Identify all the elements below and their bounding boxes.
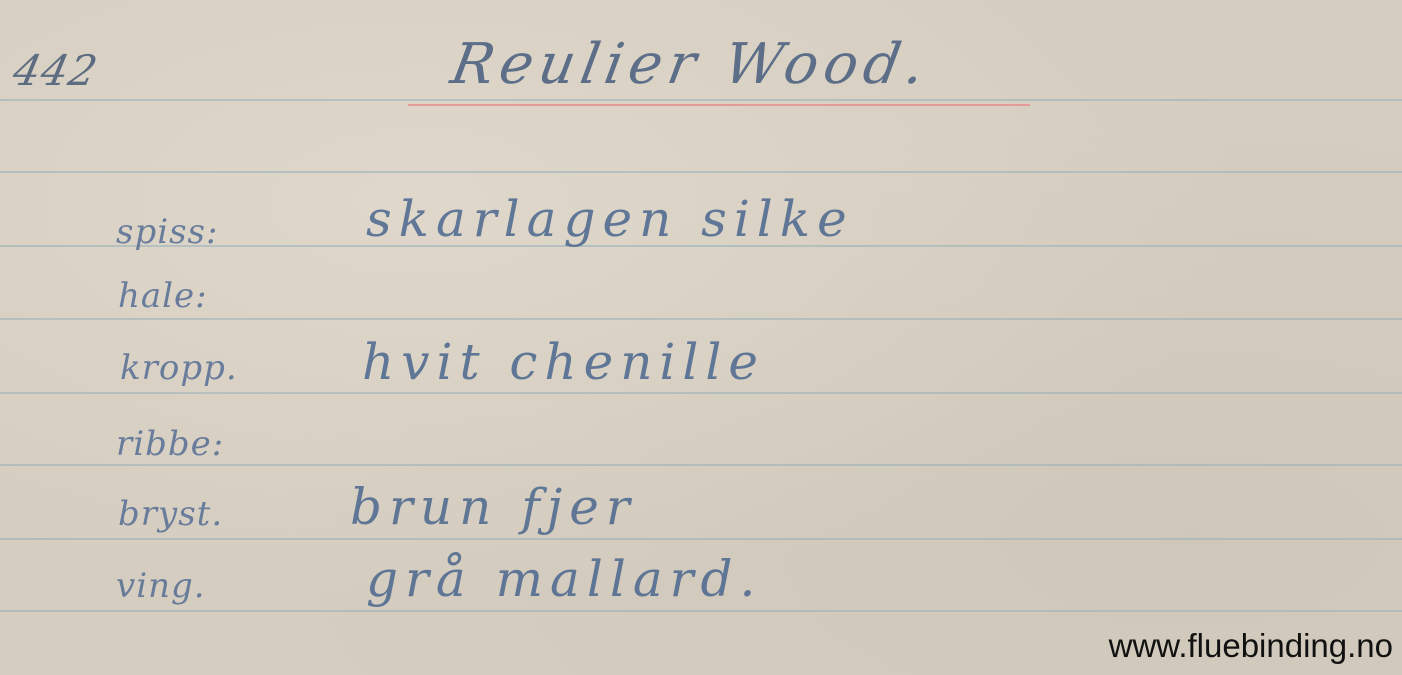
ruled-line [0, 538, 1402, 540]
watermark-url: www.fluebinding.no [1109, 627, 1393, 665]
title-underline [408, 104, 1030, 106]
ruled-line [0, 99, 1402, 101]
pattern-title: Reulier Wood. [446, 32, 935, 97]
ruled-line [0, 171, 1402, 173]
recipe-value-wing: grå mallard. [366, 550, 762, 608]
page-number: 442 [9, 46, 103, 95]
recipe-label-rib: ribbe: [116, 424, 224, 464]
ruled-line [0, 318, 1402, 320]
ruled-line [0, 392, 1402, 394]
notebook-page: 442 Reulier Wood. spiss: skarlagen silke… [0, 0, 1402, 675]
ruled-line [0, 610, 1402, 612]
recipe-label-body: kropp. [120, 348, 238, 388]
recipe-value-tag: skarlagen silke [366, 190, 854, 248]
recipe-label-tail: hale: [118, 276, 208, 316]
recipe-label-tag: spiss: [116, 212, 218, 252]
ruled-line [0, 464, 1402, 466]
recipe-label-hackle: bryst. [118, 494, 223, 534]
recipe-value-hackle: brun fjer [350, 478, 637, 536]
recipe-label-wing: ving. [116, 566, 206, 606]
recipe-value-body: hvit chenille [362, 333, 765, 391]
